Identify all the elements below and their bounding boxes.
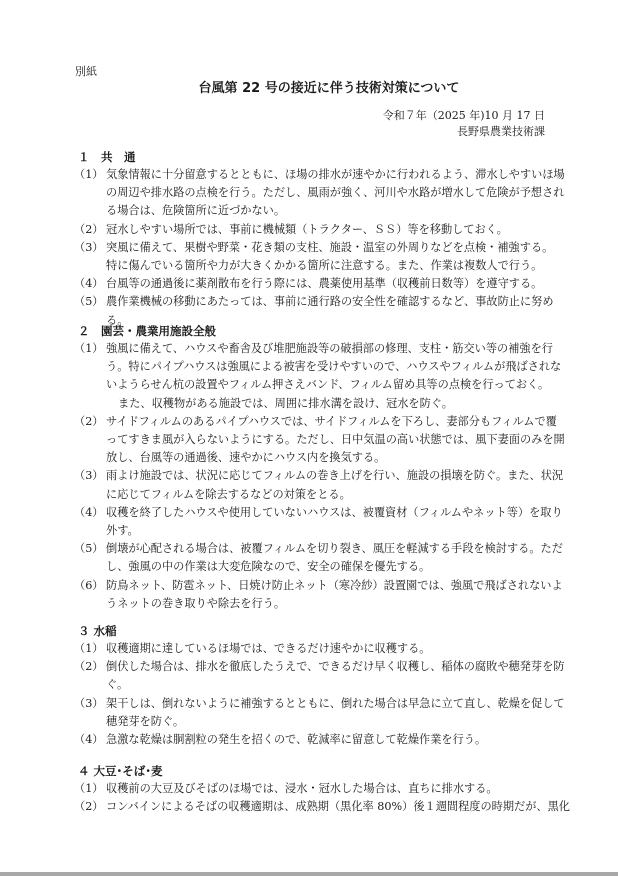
- list-item: （3） 架干しは、倒れないように補強するとともに、倒れた場合は早急に立て直し、乾…: [76, 695, 568, 731]
- list-item: （4） 急激な乾燥は胴割粒の発生を招くので、乾減率に留意して乾燥作業を行う。: [76, 731, 568, 749]
- item-text: コンバインによるそばの収穫適期は、成熟期（黒化率 80%）後１週間程度の時期だが…: [106, 798, 568, 816]
- item-text: 気象情報に十分留意するとともに、ほ場の排水が速やかに行われるよう、滞水しやすいほ…: [106, 166, 568, 221]
- section-common: １ 共 通 （1） 気象情報に十分留意するとともに、ほ場の排水が速やかに行われる…: [78, 148, 568, 330]
- item-number: （5）: [74, 293, 106, 311]
- section-heading: ４ 大豆･そば･麦: [78, 762, 568, 780]
- item-extra-text: また、収穫物がある施設では、周囲に排水溝を設け、冠水を防ぐ。: [106, 395, 568, 413]
- list-item: （1） 収穫適期に達しているほ場では、できるだけ速やかに収穫する。: [76, 640, 568, 658]
- item-text: 防鳥ネット、防雹ネット、日焼け防止ネット（寒冷紗）設置園では、強風で飛ばされない…: [106, 577, 568, 613]
- list-item: （3） 突風に備えて、果樹や野菜・花き類の支柱、施設・温室の外周りなどを点検・補…: [76, 239, 568, 275]
- list-item: （4） 収穫を終了したハウスや使用していないハウスは、被覆資材（フィルムやネット…: [76, 504, 568, 540]
- item-number: （2）: [74, 413, 106, 431]
- item-number: （2）: [74, 658, 106, 676]
- list-item: （5） 倒壊が心配される場合は、被覆フィルムを切り裂き、風圧を軽減する手段を検討…: [76, 540, 568, 576]
- list-item: （2） 冠水しやすい場所では、事前に機械類（トラクター、ＳＳ）等を移動しておく。: [76, 221, 568, 239]
- page-bottom-edge: [0, 872, 618, 876]
- list-item: （6） 防鳥ネット、防雹ネット、日焼け防止ネット（寒冷紗）設置園では、強風で飛ば…: [76, 577, 568, 613]
- item-text: 架干しは、倒れないように補強するとともに、倒れた場合は早急に立て直し、乾燥を促し…: [106, 695, 568, 731]
- list-item: （1） 気象情報に十分留意するとともに、ほ場の排水が速やかに行われるよう、滞水し…: [76, 166, 568, 221]
- issuing-organization: 長野県農業技術課: [457, 123, 545, 139]
- list-item: （1） 収穫前の大豆及びそばのほ場では、浸水・冠水した場合は、直ちに排水する。: [76, 780, 568, 798]
- item-text: 収穫を終了したハウスや使用していないハウスは、被覆資材（フィルムやネット等）を取…: [106, 504, 568, 540]
- item-number: （3）: [74, 695, 106, 713]
- item-text: 雨よけ施設では、状況に応じてフィルムの巻き上げを行い、施設の損壊を防ぐ。また、状…: [106, 467, 568, 503]
- section-heading: ２ 園芸・農業用施設全般: [78, 322, 568, 340]
- item-number: （2）: [74, 221, 106, 239]
- item-number: （3）: [74, 239, 106, 257]
- section-heading: ３ 水稲: [78, 622, 568, 640]
- item-text: 突風に備えて、果樹や野菜・花き類の支柱、施設・温室の外周りなどを点検・補強する。: [106, 239, 568, 257]
- list-item: （2） コンバインによるそばの収穫適期は、成熟期（黒化率 80%）後１週間程度の…: [76, 798, 568, 816]
- item-number: （4）: [74, 275, 106, 293]
- item-number: （6）: [74, 577, 106, 595]
- item-number: （4）: [74, 504, 106, 522]
- section-heading: １ 共 通: [78, 148, 568, 166]
- item-text: 急激な乾燥は胴割粒の発生を招くので、乾減率に留意して乾燥作業を行う。: [106, 731, 568, 749]
- list-item: （4） 台風等の通過後に薬剤散布を行う際には、農薬使用基準（収穫前日数等）を遵守…: [76, 275, 568, 293]
- item-text: 冠水しやすい場所では、事前に機械類（トラクター、ＳＳ）等を移動しておく。: [106, 221, 568, 239]
- section-soybean-buckwheat-wheat: ４ 大豆･そば･麦 （1） 収穫前の大豆及びそばのほ場では、浸水・冠水した場合は…: [78, 762, 568, 816]
- item-extra-text: 特に傷んでいる箇所や力が大きくかかる箇所に注意する。また、作業は複数人で行う。: [106, 257, 568, 275]
- item-number: （1）: [74, 166, 106, 184]
- item-number: （1）: [74, 780, 106, 798]
- document-page: 別紙 台風第 22 号の接近に伴う技術対策について 令和７年（2025 年)10…: [0, 0, 618, 872]
- item-number: （1）: [74, 340, 106, 358]
- item-text: 強風に備えて、ハウスや畜舎及び堆肥施設等の破損部の修理、支柱・筋交い等の補強を行…: [106, 340, 568, 395]
- item-text: サイドフィルムのあるパイプハウスでは、サイドフィルムを下ろし、妻部分もフィルムで…: [106, 413, 568, 468]
- document-date: 令和７年（2025 年)10 月 17 日: [383, 107, 545, 123]
- item-text: 倒伏した場合は、排水を徹底したうえで、できるだけ早く収穫し、稲体の腐敗や穂発芽を…: [106, 658, 568, 694]
- section-horticulture-facilities: ２ 園芸・農業用施設全般 （1） 強風に備えて、ハウスや畜舎及び堆肥施設等の破損…: [78, 322, 568, 613]
- list-item: （3） 雨よけ施設では、状況に応じてフィルムの巻き上げを行い、施設の損壊を防ぐ。…: [76, 467, 568, 503]
- item-text: 収穫前の大豆及びそばのほ場では、浸水・冠水した場合は、直ちに排水する。: [106, 780, 568, 798]
- item-number: （4）: [74, 731, 106, 749]
- item-number: （3）: [74, 467, 106, 485]
- item-number: （2）: [74, 798, 106, 816]
- list-item: （1） 強風に備えて、ハウスや畜舎及び堆肥施設等の破損部の修理、支柱・筋交い等の…: [76, 340, 568, 413]
- list-item: （2） サイドフィルムのあるパイプハウスでは、サイドフィルムを下ろし、妻部分もフ…: [76, 413, 568, 468]
- document-title: 台風第 22 号の接近に伴う技術対策について: [0, 77, 618, 96]
- list-item: （2） 倒伏した場合は、排水を徹底したうえで、できるだけ早く収穫し、稲体の腐敗や…: [76, 658, 568, 694]
- item-text: 収穫適期に達しているほ場では、できるだけ速やかに収穫する。: [106, 640, 568, 658]
- section-paddy-rice: ３ 水稲 （1） 収穫適期に達しているほ場では、できるだけ速やかに収穫する。 （…: [78, 622, 568, 749]
- item-number: （5）: [74, 540, 106, 558]
- item-text: 倒壊が心配される場合は、被覆フィルムを切り裂き、風圧を軽減する手段を検討する。た…: [106, 540, 568, 576]
- item-number: （1）: [74, 640, 106, 658]
- item-text: 台風等の通過後に薬剤散布を行う際には、農薬使用基準（収穫前日数等）を遵守する。: [106, 275, 568, 293]
